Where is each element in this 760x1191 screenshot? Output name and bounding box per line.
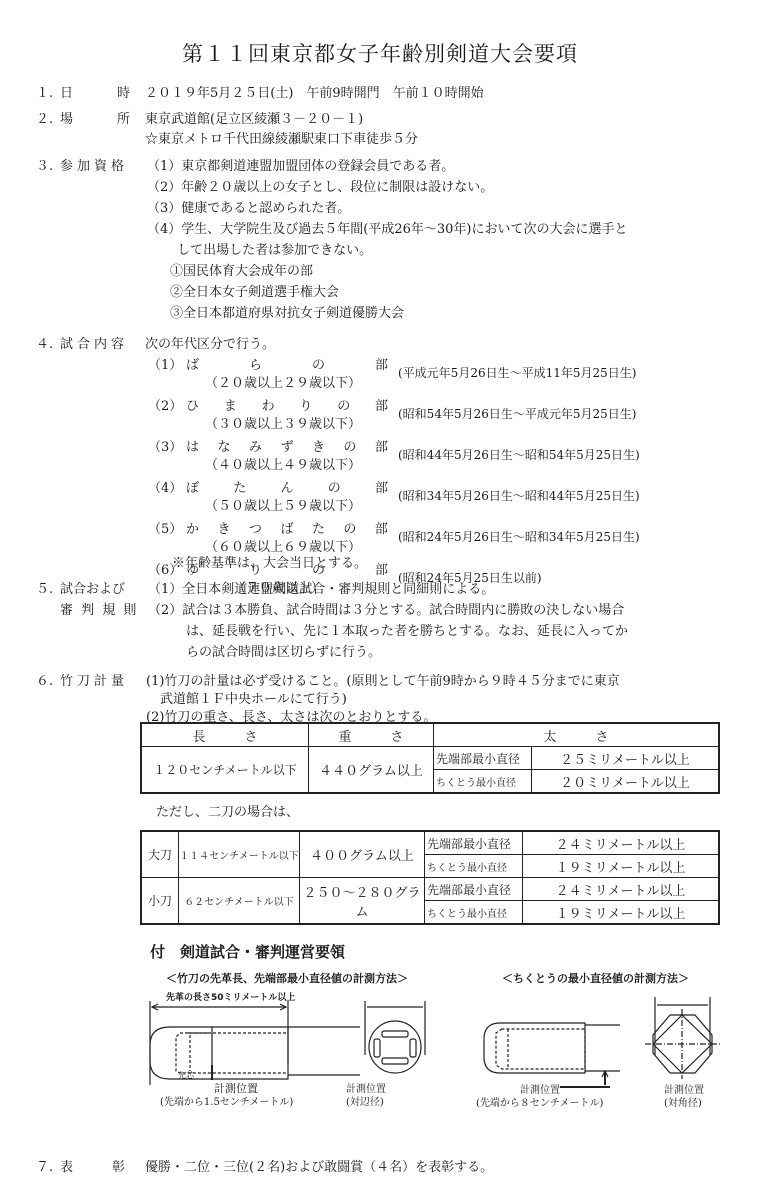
eligibility-item: （2）年齢２０歳以上の女子とし、段位に制限は設けない。 <box>147 176 493 195</box>
eligibility-item: （1）東京都剣道連盟加盟団体の登録会員である者。 <box>147 155 454 174</box>
length-value: ６２センチメートル以下 <box>179 878 300 925</box>
section-number: ６. <box>36 670 53 689</box>
diameter-value: ２４ミリメートル以上 <box>523 831 720 855</box>
section-label: 竹刀計量 <box>60 670 128 689</box>
section-label: 場 <box>60 108 73 127</box>
chikuto-drawing <box>480 995 730 1085</box>
excluded-event: ①国民体育大会成年の部 <box>170 260 313 279</box>
header-weight: 重 さ <box>309 723 434 747</box>
division-number: （5） <box>148 518 182 537</box>
diameter-label: ちくとう最小直径 <box>434 770 532 794</box>
tip-core-label: 先芯 <box>178 1070 194 1081</box>
division-age: （３０歳以上３９歳以下） <box>205 413 361 432</box>
venue-access: ☆東京メトロ千代田線綾瀬駅東口下車徒歩５分 <box>145 128 418 147</box>
diagram-caption: ＜ちくとうの最小直径値の計測方法＞ <box>502 970 689 986</box>
division-birth-range: (平成元年5月26日生～平成11年5月25日生) <box>398 364 636 381</box>
section-label: 時 <box>117 82 130 101</box>
section-content: ２０１９年5月２５日(土) 午前9時開門 午前１０時開始 <box>145 82 484 101</box>
length-value: １２０センチメートル以下 <box>141 747 309 794</box>
division-birth-range: (昭和24年5月26日生～昭和34年5月25日生) <box>398 528 640 545</box>
division-birth-range: (昭和34年5月26日生～昭和44年5月25日生) <box>398 487 640 504</box>
measure-position-sub: (先端から1.5センチメートル) <box>160 1093 293 1108</box>
weight-value: ４００グラム以上 <box>300 831 425 878</box>
division-birth-range: (昭和54年5月26日生～平成元年5月25日生) <box>398 405 636 422</box>
shinai-item: (1)竹刀の計量は必ず受けること。(原則として午前9時から９時４５分までに東京 <box>146 670 620 689</box>
cross-section-sub: (対角径) <box>664 1094 702 1109</box>
diameter-label: 先端部最小直径 <box>425 831 523 855</box>
division-number: （3） <box>148 436 182 455</box>
diameter-value: １９ミリメートル以上 <box>523 855 720 878</box>
division-name: ぼたんの部 <box>186 477 388 496</box>
cross-section-sub: (対辺径) <box>346 1093 384 1108</box>
rule-item: （2）試合は３本勝負、試合時間は３分とする。試合時間内に勝敗の決しない場合 <box>148 599 624 618</box>
rule-item: （1）全日本剣道連盟剣道試合・審判規則と同細則による。 <box>148 578 494 597</box>
section-number: ２. <box>36 108 53 127</box>
measure-position-sub: (先端から８センチメートル) <box>476 1094 603 1109</box>
divisions-intro: 次の年代区分で行う。 <box>145 333 275 352</box>
division-number: （2） <box>148 395 182 414</box>
eligibility-item: して出場した者は参加できない。 <box>147 239 372 258</box>
division-name: ばらの部 <box>186 354 388 373</box>
shinai-spec-table: 長 さ 重 さ 太 さ １２０センチメートル以下 ４４０グラム以上 先端部最小直… <box>140 722 720 794</box>
section-label: 試合および <box>60 578 125 597</box>
division-number: （1） <box>148 354 182 373</box>
rule-item: らの試合時間は区切らずに行う。 <box>186 641 381 660</box>
section-label: 表 <box>60 1156 73 1175</box>
division-age: （２０歳以上２９歳以下） <box>205 372 361 391</box>
eligibility-item: （4）学生、大学院生及び過去５年間(平成26年～30年)において次の大会に選手と <box>147 218 628 237</box>
nito-note: ただし、二刀の場合は、 <box>156 801 299 820</box>
section-number: ７. <box>36 1156 53 1175</box>
division-name: はなみずきの部 <box>186 436 388 455</box>
division-name: ひまわりの部 <box>186 395 388 414</box>
weight-value: ２５０～２８０グラム <box>300 878 425 925</box>
weight-value: ４４０グラム以上 <box>309 747 434 794</box>
section-label: 日 <box>60 82 73 101</box>
diameter-label: ちくとう最小直径 <box>425 901 523 925</box>
division-number: （4） <box>148 477 182 496</box>
age-basis-note-text: ※年齢基準は、大会当日とする。 <box>172 552 367 571</box>
section-label: 審 判 規 則 <box>60 599 138 618</box>
diagram-caption: ＜竹刀の先革長、先端部最小直径値の計測方法＞ <box>166 970 408 986</box>
division-age: （５０歳以上５９歳以下） <box>205 495 361 514</box>
page-title: 第１１回東京都女子年齢別剣道大会要項 <box>0 38 760 68</box>
length-value: １１４センチメートル以下 <box>179 831 300 878</box>
header-length: 長 さ <box>141 723 309 747</box>
rule-item: は、延長戦を行い、先に１本取った者を勝ちとする。なお、延長に入ってか <box>186 620 628 639</box>
diameter-value: ２０ミリメートル以上 <box>532 770 720 794</box>
section-label: 参加資格 <box>60 155 128 174</box>
header-thickness: 太 さ <box>434 723 720 747</box>
venue-address: 東京武道館(足立区綾瀬３－２０－１) <box>145 108 363 127</box>
sword-type: 小刀 <box>141 878 179 925</box>
appendix-heading: 付 剣道試合・審判運営要領 <box>150 941 345 962</box>
excluded-event: ③全日本都道府県対抗女子剣道優勝大会 <box>170 302 404 321</box>
division-name: かきつばたの部 <box>186 518 388 537</box>
nito-spec-table: 大刀 １１４センチメートル以下 ４００グラム以上 先端部最小直径 ２４ミリメート… <box>140 830 720 925</box>
section-label: 彰 <box>112 1156 125 1175</box>
awards-content: 優勝・二位・三位(２名)および敢闘賞（４名）を表彰する。 <box>145 1156 493 1175</box>
division-birth-range: (昭和44年5月26日生～昭和54年5月25日生) <box>398 446 640 463</box>
diameter-value: ２５ミリメートル以上 <box>532 747 720 770</box>
section-label: 所 <box>117 108 130 127</box>
sword-type: 大刀 <box>141 831 179 878</box>
section-number: ４. <box>36 333 53 352</box>
diameter-value: ２４ミリメートル以上 <box>523 878 720 901</box>
division-age: （４０歳以上４９歳以下） <box>205 454 361 473</box>
shinai-item: 武道館１Ｆ中央ホールにて行う) <box>160 688 347 707</box>
diameter-label: 先端部最小直径 <box>425 878 523 901</box>
section-label: 試合内容 <box>60 333 128 352</box>
excluded-event: ②全日本女子剣道選手権大会 <box>170 281 339 300</box>
diameter-label: 先端部最小直径 <box>434 747 532 770</box>
eligibility-item: （3）健康であると認められた者。 <box>147 197 350 216</box>
pointer-line <box>560 1085 610 1089</box>
section-number: ５. <box>36 578 53 597</box>
diameter-value: １９ミリメートル以上 <box>523 901 720 925</box>
section-number: ３. <box>36 155 53 174</box>
diameter-label: ちくとう最小直径 <box>425 855 523 878</box>
section-number: １. <box>36 82 53 101</box>
